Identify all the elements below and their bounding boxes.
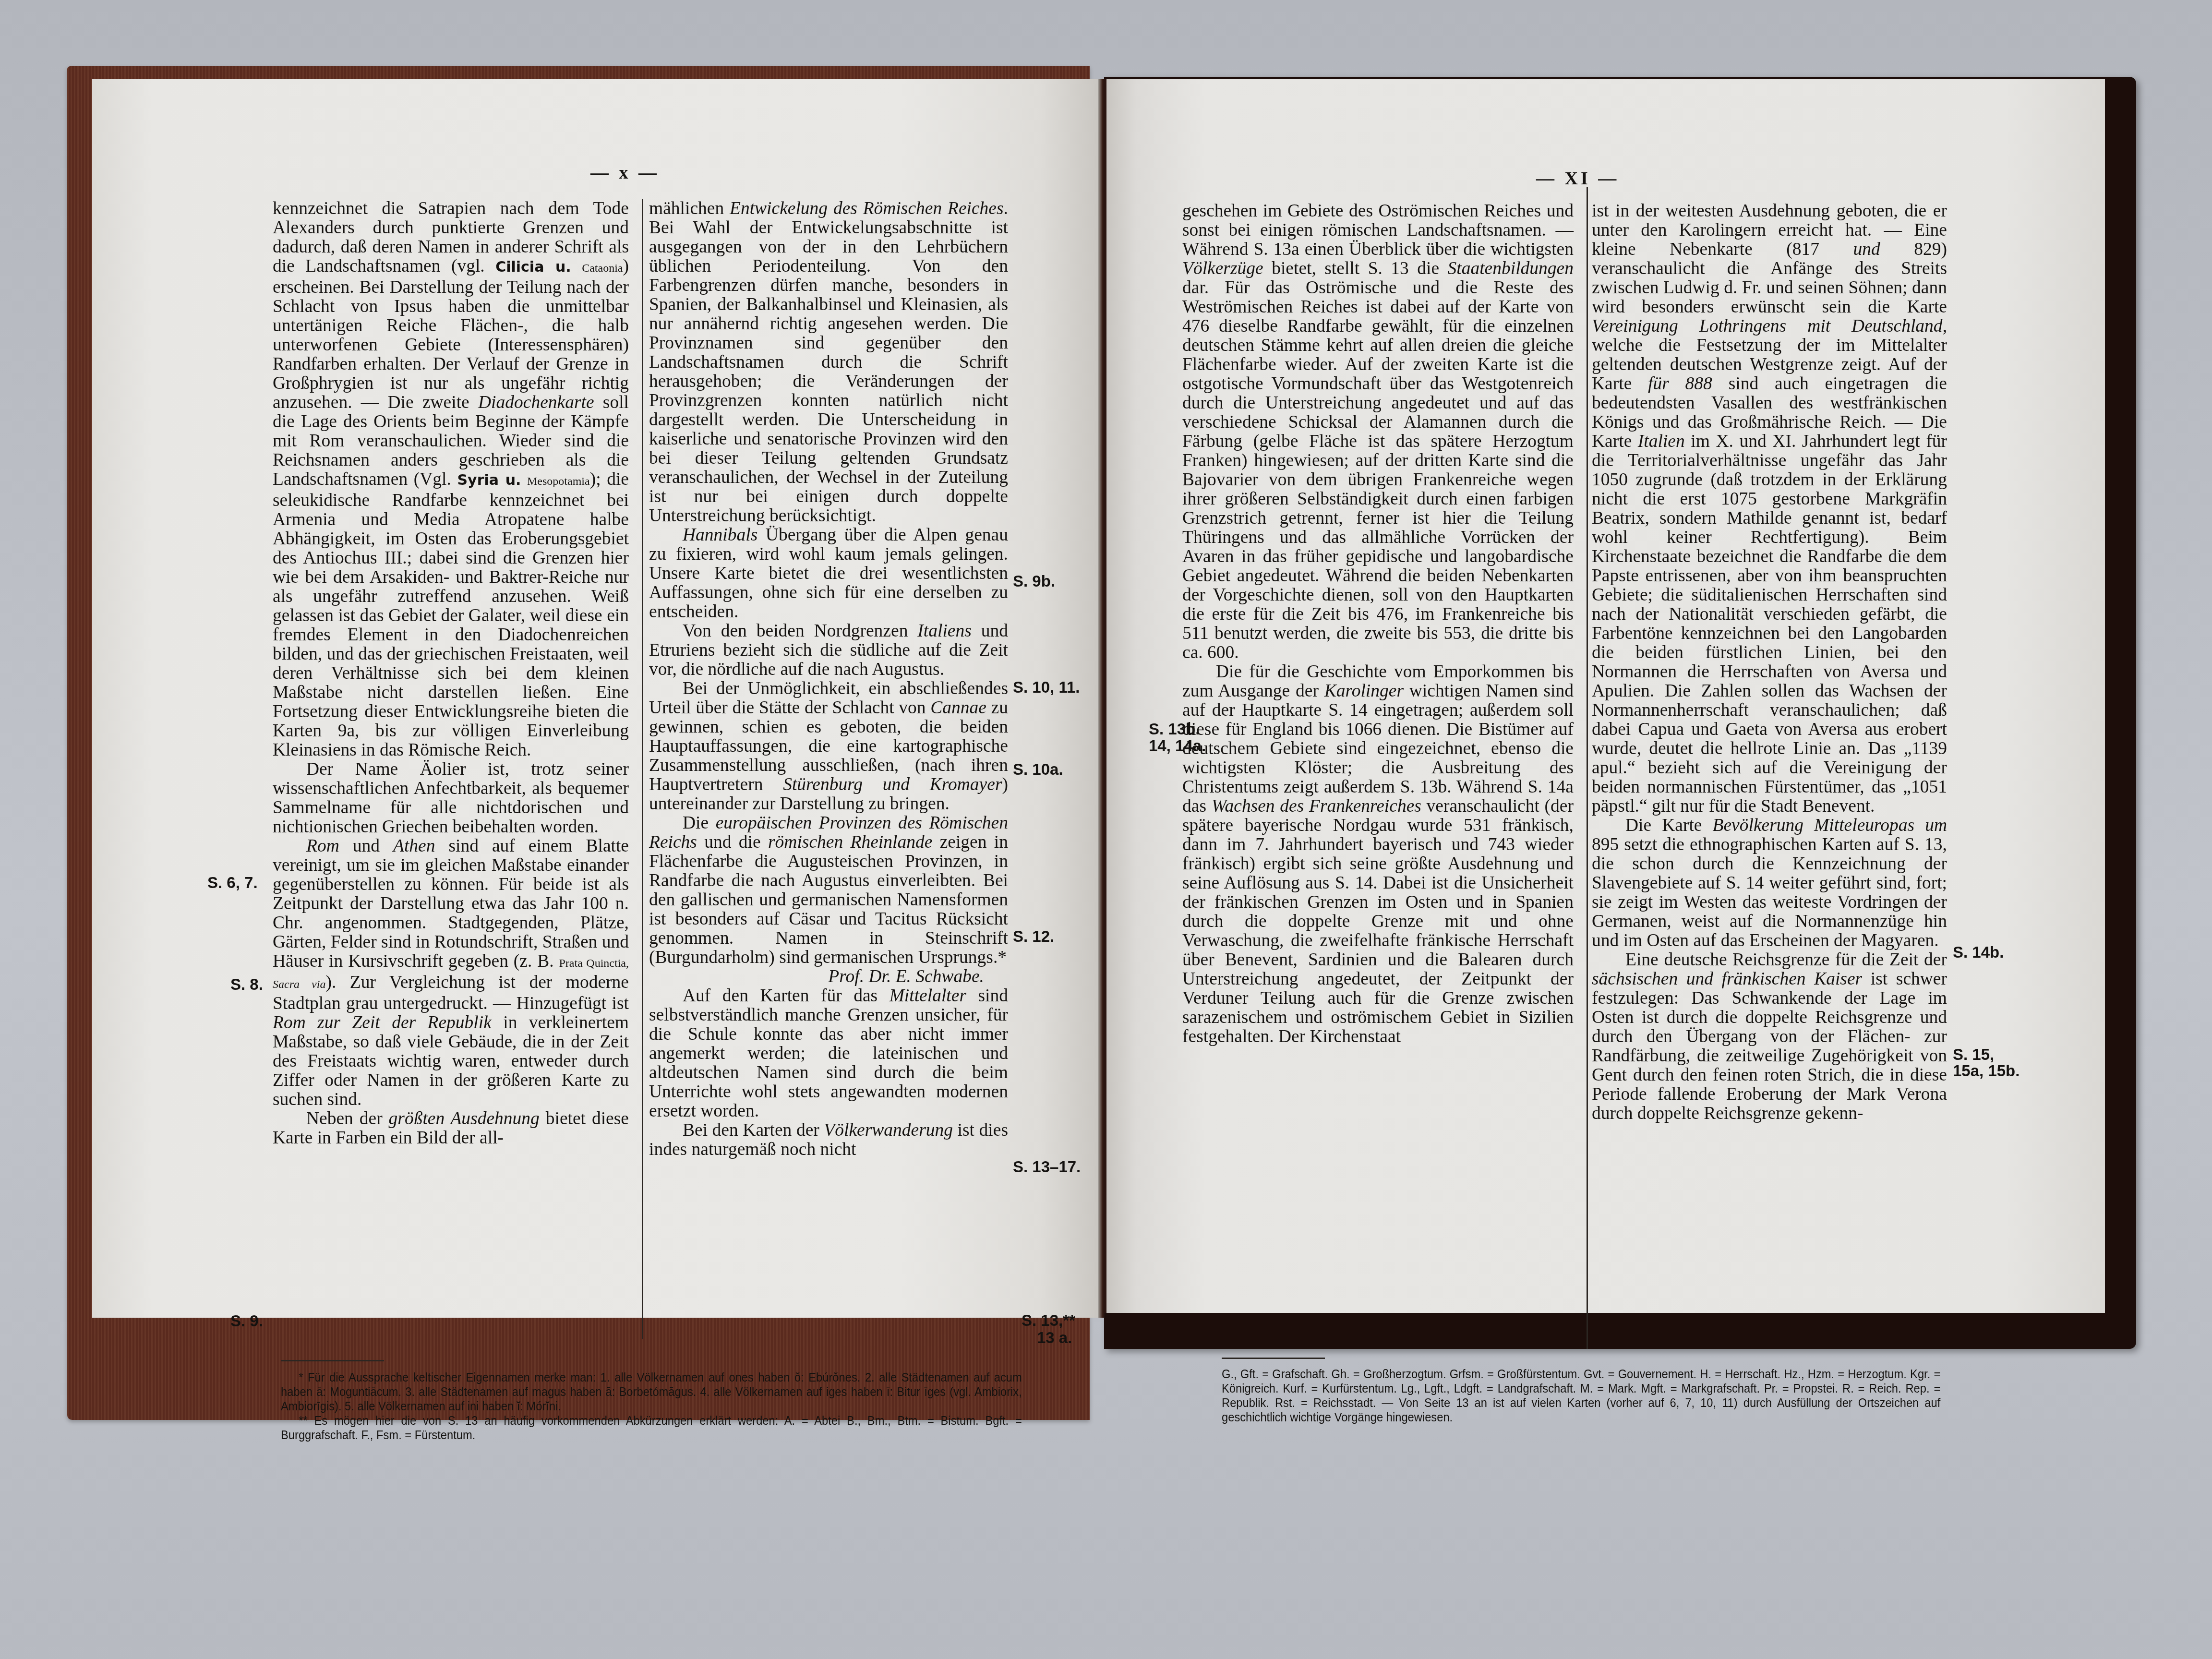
paragraph: Neben der größten Ausdehnung bietet dies… xyxy=(273,1109,629,1148)
paragraph: Die europäischen Provinzen des Römischen… xyxy=(649,814,1008,967)
paragraph: ist in der weitesten Ausdehnung geboten,… xyxy=(1592,202,1947,816)
margin-ref: S. 9b. xyxy=(1013,572,1055,590)
margin-ref: S. 13,** xyxy=(1022,1311,1075,1330)
footnote: * Für die Aussprache keltischer Eigennam… xyxy=(281,1370,1022,1414)
author-signature: Prof. Dr. E. Schwabe. xyxy=(649,967,1008,986)
margin-ref: S. 8. xyxy=(230,975,263,994)
footnote-rule xyxy=(281,1360,384,1361)
margin-ref: S. 10a. xyxy=(1013,760,1063,779)
footnote: ** Es mögen hier die von S. 13 an häufig… xyxy=(281,1414,1022,1443)
left-page-column-1: kennzeichnet die Satrapien nach dem Tode… xyxy=(273,199,629,1148)
paragraph: geschehen im Gebiete des Oströmischen Re… xyxy=(1182,202,1574,662)
column-divider xyxy=(642,199,643,1339)
page-number-left: — x — xyxy=(590,162,660,183)
paragraph: Rom und Athen sind auf einem Blatte vere… xyxy=(273,837,629,1109)
paragraph: Bei der Unmöglichkeit, ein abschließende… xyxy=(649,679,1008,814)
paragraph: mählichen Entwickelung des Römischen Rei… xyxy=(649,199,1008,526)
paragraph: Die für die Geschichte vom Emporkommen b… xyxy=(1182,662,1574,1046)
margin-ref: S. 13–17. xyxy=(1013,1158,1081,1176)
page-number-right: — XI — xyxy=(1536,168,1619,189)
left-page-column-2: mählichen Entwickelung des Römischen Rei… xyxy=(649,199,1008,1159)
margin-ref: S. 13b. xyxy=(1149,720,1200,738)
right-footnotes: G., Gft. = Grafschaft. Gh. = Großherzogt… xyxy=(1222,1367,1940,1425)
margin-ref: S. 6, 7. xyxy=(207,874,258,892)
paragraph: Eine deutsche Reichsgrenze für die Zeit … xyxy=(1592,950,1947,1123)
margin-ref: 14, 14a. xyxy=(1149,737,1206,755)
margin-ref: S. 14b. xyxy=(1953,943,2004,962)
margin-ref: 13 a. xyxy=(1037,1329,1072,1347)
footnote: G., Gft. = Grafschaft. Gh. = Großherzogt… xyxy=(1222,1367,1940,1425)
footnote-rule xyxy=(1222,1358,1325,1359)
paragraph: Bei den Karten der Völkerwanderung ist d… xyxy=(649,1121,1008,1159)
margin-ref: S. 9. xyxy=(230,1312,263,1330)
paragraph: Auf den Karten für das Mittelalter sind … xyxy=(649,986,1008,1121)
paragraph: kennzeichnet die Satrapien nach dem Tode… xyxy=(273,199,629,760)
paragraph: Der Name Äolier ist, trotz seiner wissen… xyxy=(273,760,629,837)
margin-ref: S. 12. xyxy=(1013,927,1054,946)
margin-ref: 15a, 15b. xyxy=(1953,1062,2020,1080)
margin-ref: S. 15, xyxy=(1953,1046,1994,1064)
right-page-column-1: geschehen im Gebiete des Oströmischen Re… xyxy=(1182,202,1574,1046)
left-footnotes: * Für die Aussprache keltischer Eigennam… xyxy=(281,1370,1022,1443)
paragraph: Die Karte Bevölkerung Mitteleuropas um 8… xyxy=(1592,816,1947,950)
right-page-column-2: ist in der weitesten Ausdehnung geboten,… xyxy=(1592,202,1947,1123)
column-divider xyxy=(1587,187,1588,1349)
paragraph: Von den beiden Nordgrenzen Italiens und … xyxy=(649,622,1008,679)
margin-ref: S. 10, 11. xyxy=(1013,678,1080,697)
paragraph: Hannibals Übergang über die Alpen genau … xyxy=(649,526,1008,622)
